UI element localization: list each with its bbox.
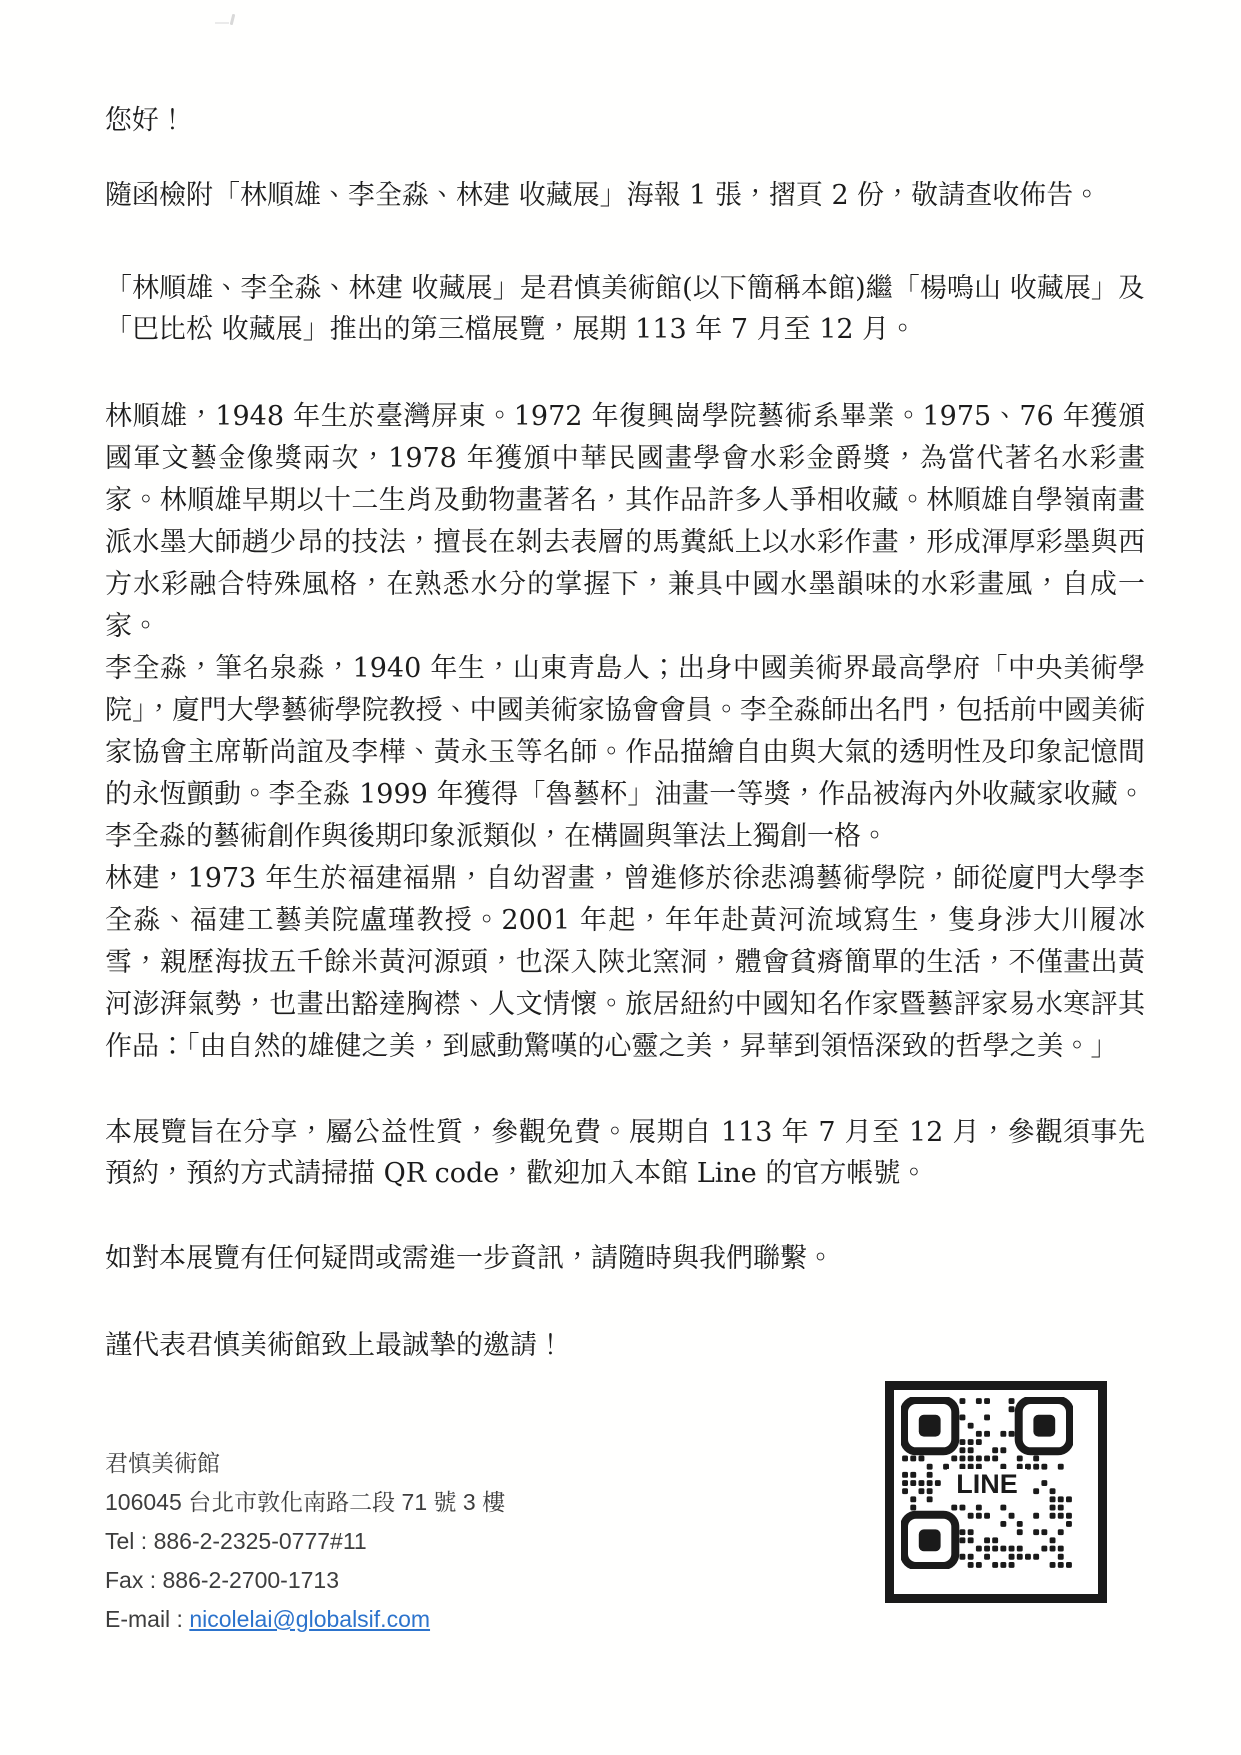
visiting-info-paragraph: 本展覽旨在分享，屬公益性質，參觀免費。展期自 113 年 7 月至 12 月，參… <box>105 1112 1145 1194</box>
line-qr-code: LINE <box>885 1381 1107 1603</box>
email-link[interactable]: nicolelai@globalsif.com <box>189 1606 430 1632</box>
artist-bios-section: 林順雄，1948 年生於臺灣屏東。1972 年復興崗學院藝術系畢業。1975、7… <box>105 396 1145 1068</box>
scan-artifact <box>215 22 229 24</box>
email-label: E-mail : <box>105 1606 189 1632</box>
contact-note-paragraph: 如對本展覽有任何疑問或需進一步資訊，請隨時與我們聯繫。 <box>105 1238 1145 1279</box>
enclosure-paragraph: 隨函檢附「林順雄、李全淼、林建 收藏展」海報 1 張，摺頁 2 份，敬請查收佈告… <box>105 175 1145 216</box>
bio-lin-shun-hsiung: 林順雄，1948 年生於臺灣屏東。1972 年復興崗學院藝術系畢業。1975、7… <box>105 396 1145 648</box>
greeting-text: 您好！ <box>105 100 1145 141</box>
scan-artifact <box>230 14 236 25</box>
org-email-row: E-mail : nicolelai@globalsif.com <box>105 1600 1145 1639</box>
exhibition-overview-paragraph: 「林順雄、李全淼、林建 收藏展」是君慎美術館(以下簡稱本館)繼「楊鳴山 收藏展」… <box>105 268 1145 350</box>
bio-li-chuan-miao: 李全淼，筆名泉淼，1940 年生，山東青島人；出身中國美術界最高學府「中央美術學… <box>105 648 1145 858</box>
bio-lin-chien: 林建，1973 年生於福建福鼎，自幼習畫，曾進修於徐悲鴻藝術學院，師從廈門大學李… <box>105 858 1145 1068</box>
qr-line-label: LINE <box>956 1469 1018 1499</box>
qr-pattern: LINE <box>901 1397 1073 1569</box>
letter-page: 您好！ 隨函檢附「林順雄、李全淼、林建 收藏展」海報 1 張，摺頁 2 份，敬請… <box>0 0 1241 1755</box>
closing-line: 謹代表君慎美術館致上最誠摯的邀請！ <box>105 1325 1145 1366</box>
